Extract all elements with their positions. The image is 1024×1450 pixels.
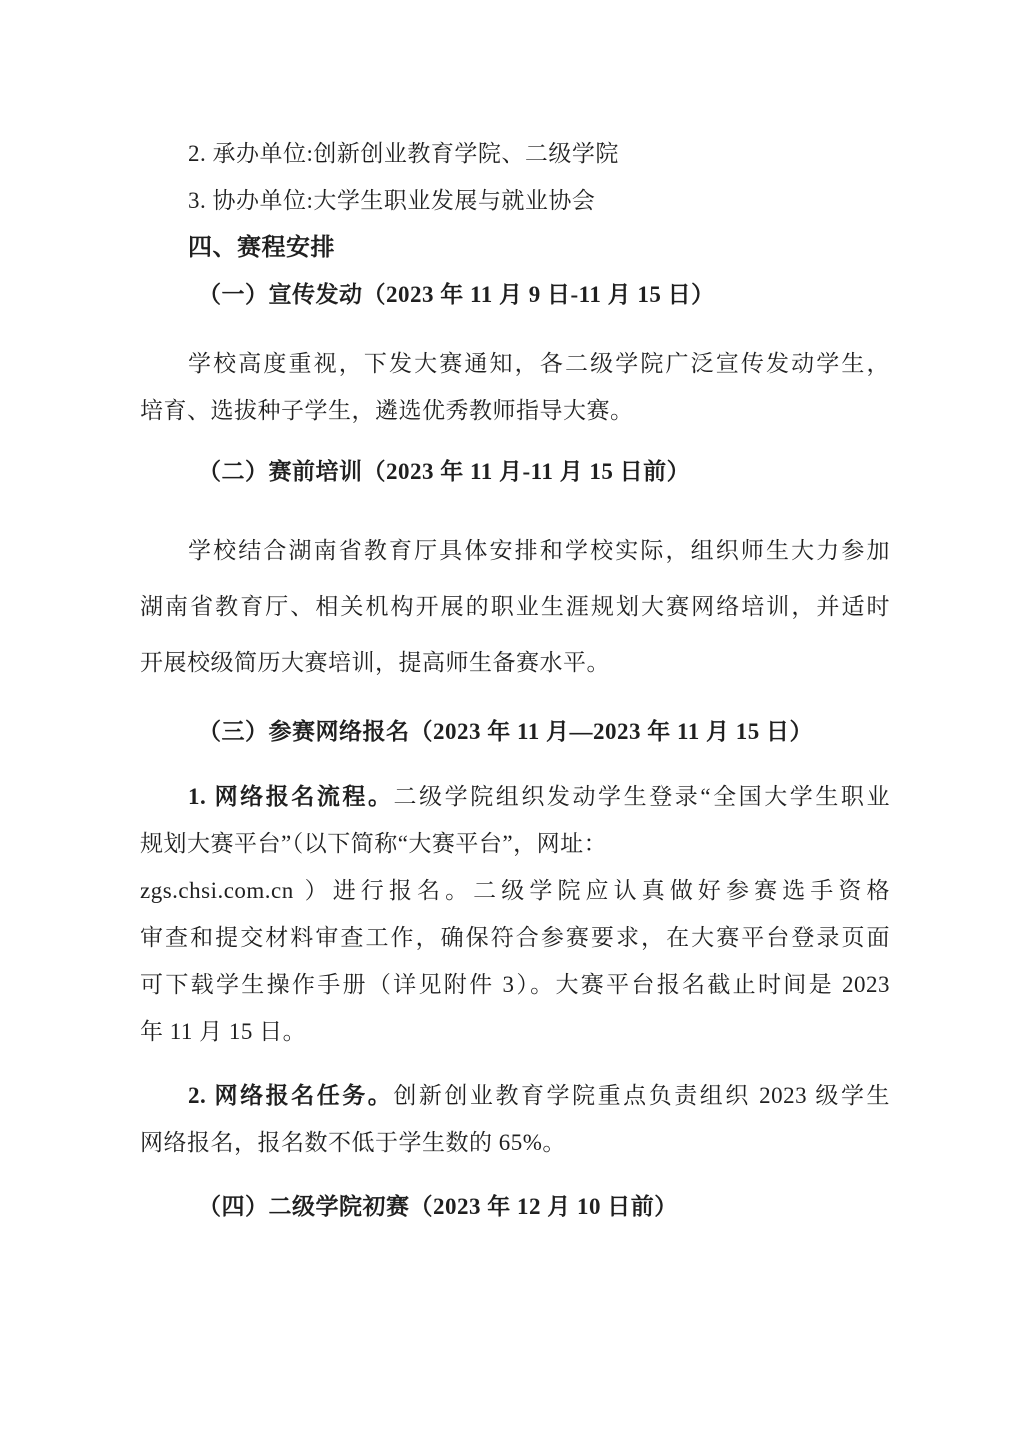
paragraph-line: 年 11 月 15 日。 [140, 1008, 890, 1055]
paragraph-line: 学校高度重视，下发大赛通知，各二级学院广泛宣传发动学生， [140, 340, 890, 387]
numbered-run-in-title: 1. 网络报名流程。 [188, 784, 394, 809]
paragraph-line: 审查和提交材料审查工作，确保符合参赛要求，在大赛平台登录页面 [140, 914, 890, 961]
paragraph-line: 培育、选拔种子学生，遴选优秀教师指导大赛。 [140, 387, 890, 434]
paragraph-text: 创新创业教育学院重点负责组织 2023 级学生 [393, 1083, 890, 1108]
paragraph-line: 学校结合湖南省教育厅具体安排和学校实际，组织师生大力参加 [140, 523, 890, 579]
paragraph-line: 可下载学生操作手册（详见附件 3）。大赛平台报名截止时间是 2023 [140, 961, 890, 1008]
paragraph-line: 1. 网络报名流程。二级学院组织发动学生登录“全国大学生职业 [140, 773, 890, 820]
list-item-organizer: 2. 承办单位:创新创业教育学院、二级学院 [140, 130, 890, 177]
paragraph-text: 二级学院组织发动学生登录“全国大学生职业 [394, 784, 890, 809]
document-page: 2. 承办单位:创新创业教育学院、二级学院 3. 协办单位:大学生职业发展与就业… [0, 0, 1024, 1450]
document-content: 2. 承办单位:创新创业教育学院、二级学院 3. 协办单位:大学生职业发展与就业… [140, 130, 890, 1230]
subsection-heading-1: （一）宣传发动（2023 年 11 月 9 日-11 月 15 日） [140, 271, 890, 318]
subsection-heading-3: （三）参赛网络报名（2023 年 11 月—2023 年 11 月 15 日） [140, 708, 890, 755]
paragraph-line: 网络报名，报名数不低于学生数的 65%。 [140, 1119, 890, 1166]
paragraph-line: 规划大赛平台”（以下简称“大赛平台”，网址： [140, 820, 890, 867]
paragraph-line: 开展校级简历大赛培训，提高师生备赛水平。 [140, 635, 890, 691]
paragraph-line: 2. 网络报名任务。创新创业教育学院重点负责组织 2023 级学生 [140, 1072, 890, 1119]
list-item-coorganizer: 3. 协办单位:大学生职业发展与就业协会 [140, 177, 890, 224]
numbered-run-in-title: 2. 网络报名任务。 [188, 1083, 393, 1108]
section-heading-schedule: 四、赛程安排 [140, 224, 890, 271]
subsection-heading-4: （四）二级学院初赛（2023 年 12 月 10 日前） [140, 1183, 890, 1230]
subsection-heading-2: （二）赛前培训（2023 年 11 月-11 月 15 日前） [140, 448, 890, 495]
paragraph-line: zgs.chsi.com.cn ）进行报名。二级学院应认真做好参赛选手资格 [140, 867, 890, 914]
paragraph-line: 湖南省教育厅、相关机构开展的职业生涯规划大赛网络培训，并适时 [140, 579, 890, 635]
